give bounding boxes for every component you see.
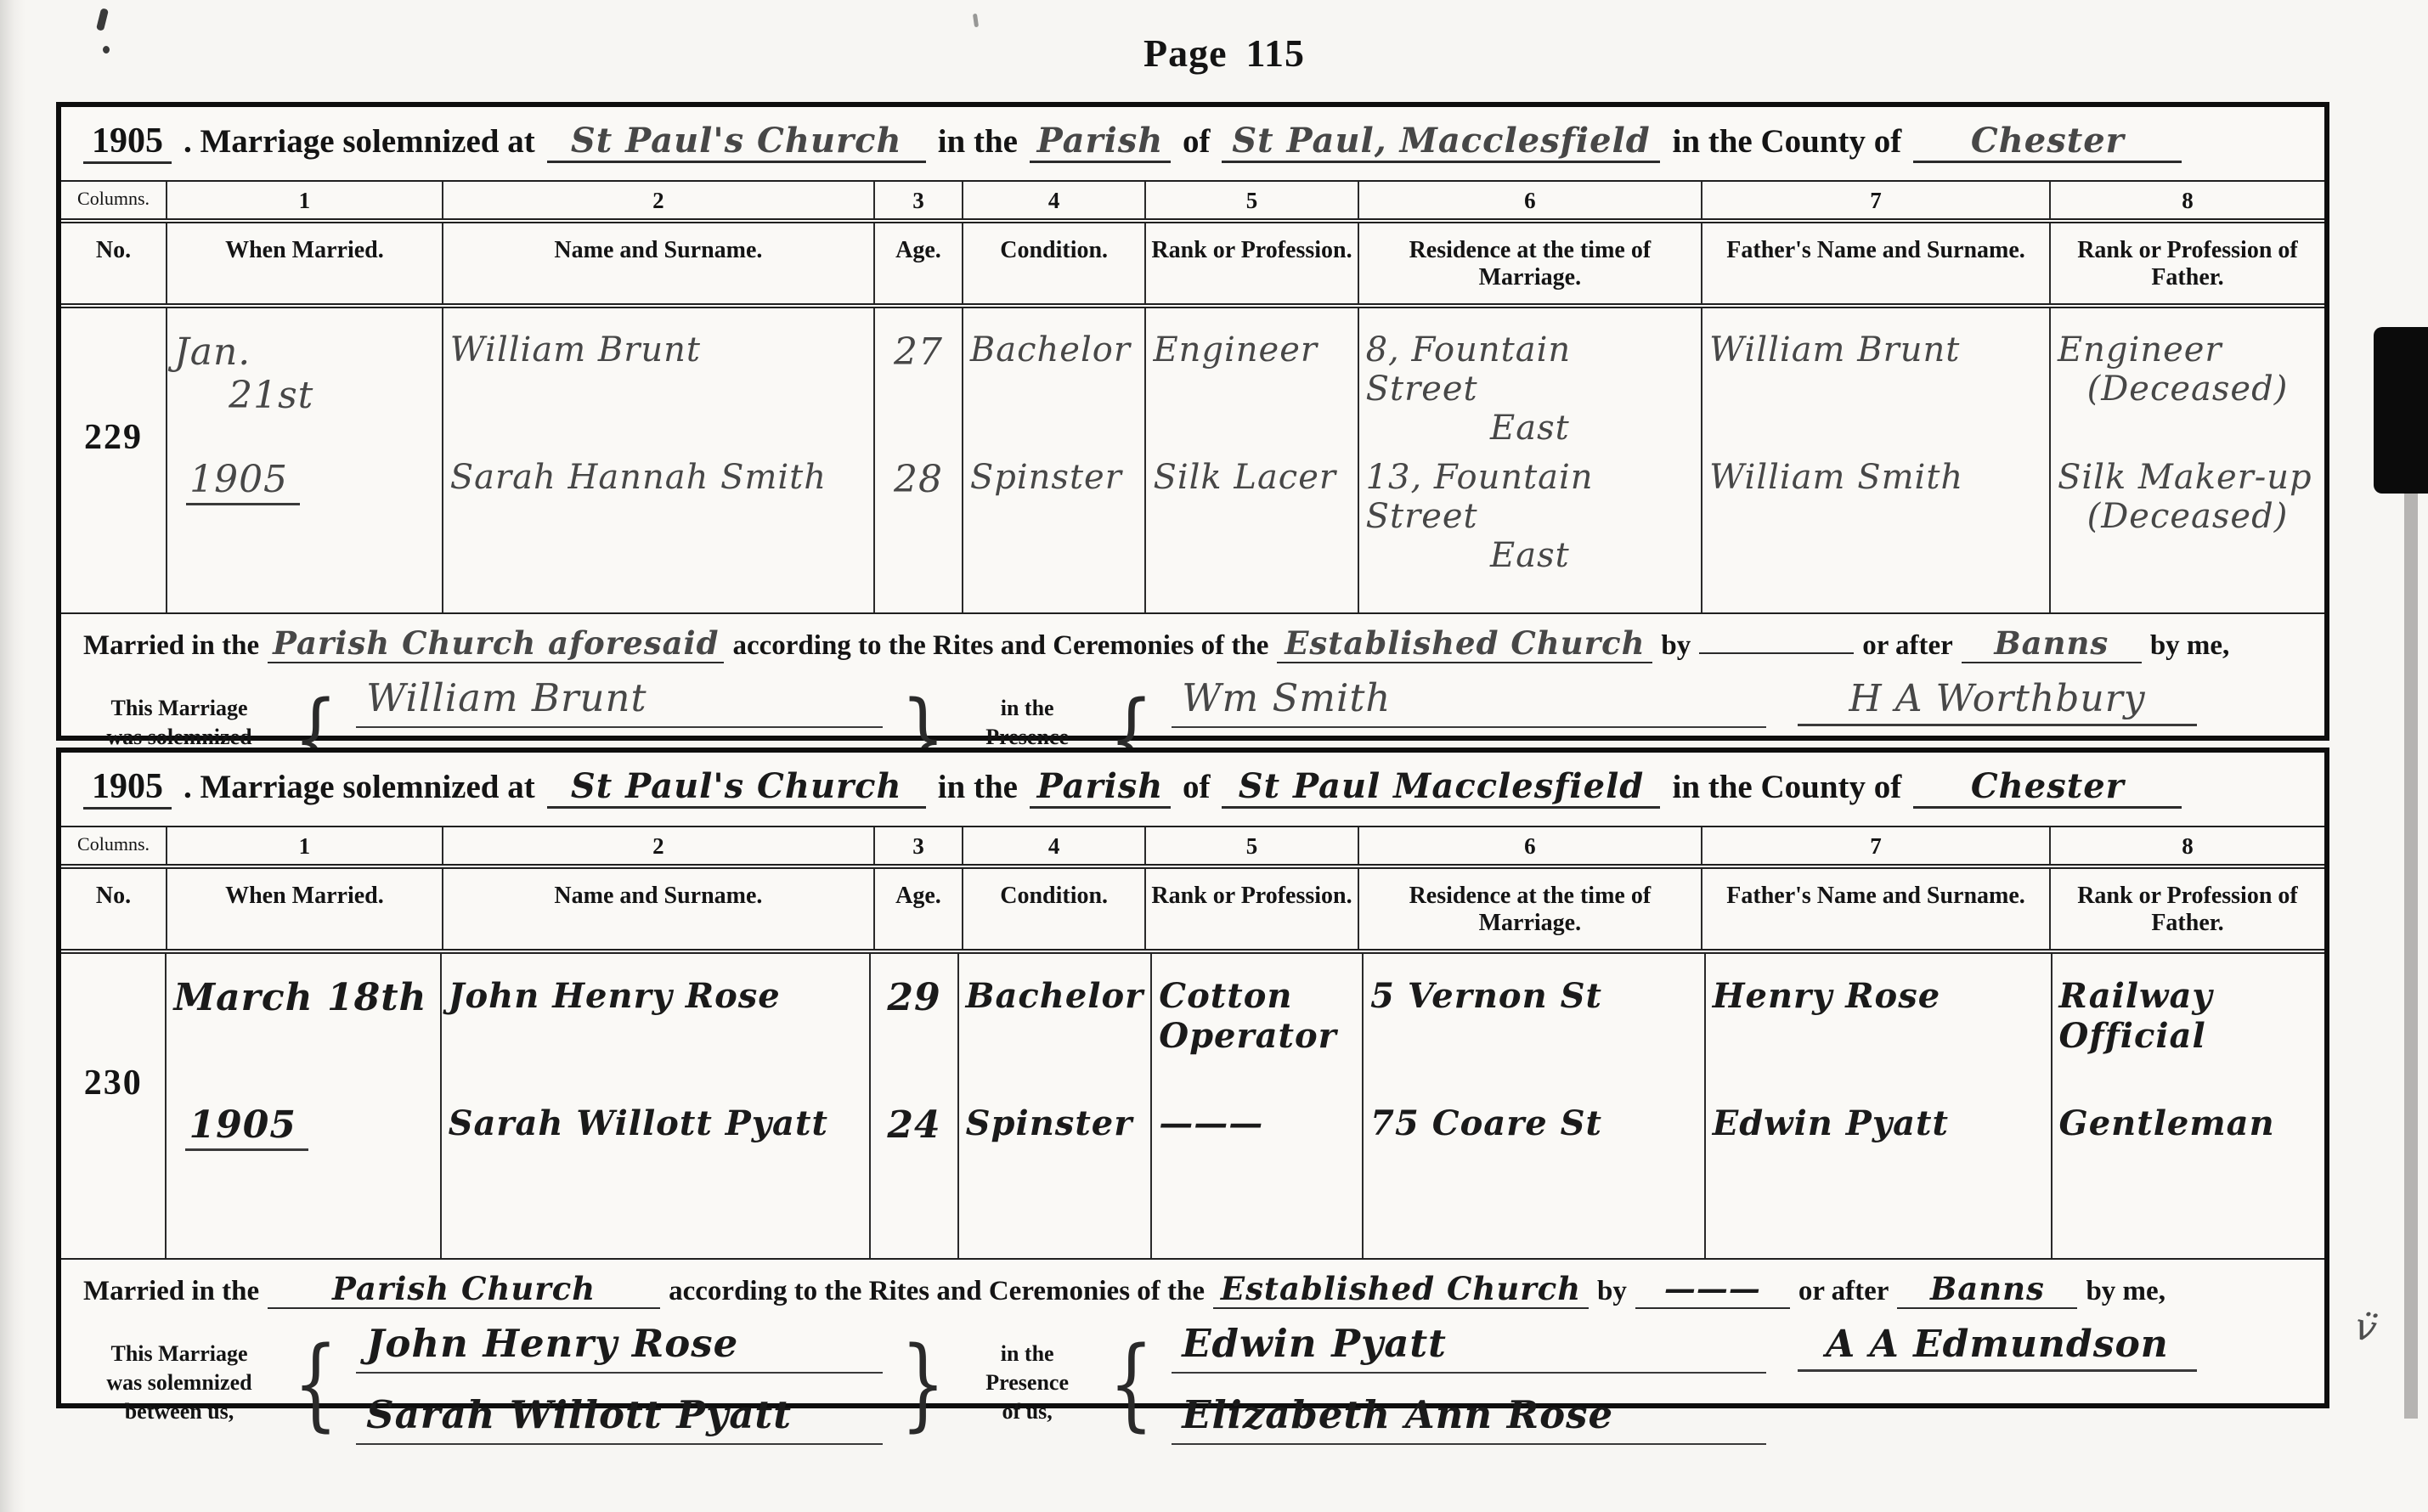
column-number: 6 xyxy=(1359,182,1703,218)
married-in-label: Married in the xyxy=(83,1276,259,1307)
column-header-row: No. When Married. Name and Surname. Age.… xyxy=(61,869,2324,954)
title-in-the: in the xyxy=(938,122,1018,161)
name-cell: William Brunt Sarah Hannah Smith xyxy=(443,308,875,612)
label-line: Presence xyxy=(963,1368,1091,1397)
bride-condition: Spinster xyxy=(970,437,1138,505)
bride-age: 24 xyxy=(878,1083,950,1155)
father-rank-cell: Railway Official Gentleman xyxy=(2053,954,2324,1258)
title-year: 1905 xyxy=(83,766,172,810)
bride-father: William Smith xyxy=(1709,437,2042,505)
column-header: Age. xyxy=(875,223,963,303)
register-table: Columns. 1 2 3 4 5 6 7 8 No. When Marrie… xyxy=(61,180,2324,614)
when-married-cell: March 18th 1905 xyxy=(167,954,441,1258)
groom-signature: John Henry Rose xyxy=(356,1321,883,1374)
column-header: Rank or Profession. xyxy=(1146,223,1358,303)
certificate-title-line: 1905 . Marriage solemnized at St Paul's … xyxy=(61,753,2324,826)
column-header: Name and Surname. xyxy=(443,869,875,949)
column-number-row: Columns. 1 2 3 4 5 6 7 8 xyxy=(61,182,2324,223)
groom-father: Henry Rose xyxy=(1713,954,2044,1083)
parish-value: St Paul, Macclesfield xyxy=(1232,121,1650,161)
column-number: 2 xyxy=(443,182,875,218)
column-header: Rank or Profession of Father. xyxy=(2051,869,2324,949)
marriage-year: 1905 xyxy=(173,1083,432,1159)
married-in-line: Married in the Parish Church aforesaid a… xyxy=(83,624,2302,663)
open-brace: { xyxy=(1109,1340,1154,1425)
father-rank-line1: Gentleman xyxy=(2059,1103,2275,1143)
column-header: Rank or Profession of Father. xyxy=(2051,223,2324,303)
title-parish-word-blank: Parish xyxy=(1030,121,1171,163)
banns-value: Banns xyxy=(1930,1270,2045,1307)
title-of: of xyxy=(1183,768,1211,806)
bride-residence: 13, Fountain Street East xyxy=(1366,437,1695,584)
groom-name: John Henry Rose xyxy=(449,954,863,1083)
column-number: 8 xyxy=(2051,827,2324,864)
groom-age: 27 xyxy=(882,308,955,437)
officiant-signature: H A Worthbury xyxy=(1798,677,2197,726)
title-county-blank: Chester xyxy=(1913,766,2182,809)
bride-age: 28 xyxy=(882,437,955,510)
scan-speck xyxy=(973,14,979,28)
page-number: 115 xyxy=(1246,31,1305,76)
residence-line1: 75 Coare St xyxy=(1370,1103,1602,1143)
column-header: When Married. xyxy=(167,223,443,303)
father-rank-line2: (Deceased) xyxy=(2058,497,2318,536)
by-blank: ——— xyxy=(1635,1270,1790,1309)
title-parish-blank: St Paul, Macclesfield xyxy=(1222,121,1660,163)
register-table: Columns. 1 2 3 4 5 6 7 8 No. When Marrie… xyxy=(61,826,2324,1260)
father-rank-line1: Silk Maker-up xyxy=(2058,458,2312,497)
date-line2: 21st xyxy=(229,374,435,417)
parish-word: Parish xyxy=(1037,766,1164,806)
scanner-edge-strip xyxy=(2404,476,2418,1419)
age-cell: 27 28 xyxy=(875,308,963,612)
by-me-label: by me, xyxy=(2086,1276,2165,1307)
according-label: according to the Rites and Ceremonies of… xyxy=(732,630,1268,662)
profession-cell: Engineer Silk Lacer xyxy=(1146,308,1358,612)
witness-signature: Edwin Pyatt xyxy=(1172,1321,1766,1374)
column-number: 5 xyxy=(1146,182,1358,218)
column-header: Rank or Profession. xyxy=(1146,869,1358,949)
groom-signature: William Brunt xyxy=(356,675,883,728)
column-number: 6 xyxy=(1359,827,1703,864)
groom-age: 29 xyxy=(878,954,950,1083)
by-label: by xyxy=(1661,630,1691,662)
groom-residence: 8, Fountain Street East xyxy=(1366,308,1695,437)
column-header: Condition. xyxy=(963,869,1147,949)
title-county-label: in the County of xyxy=(1672,122,1901,161)
title-parish-blank: St Paul Macclesfield xyxy=(1222,766,1660,809)
label-line: This Marriage xyxy=(83,1340,275,1368)
close-brace: } xyxy=(901,1340,946,1425)
scan-speck xyxy=(96,8,109,31)
witness-signatures: Edwin Pyatt Elizabeth Ann Rose xyxy=(1172,1321,1766,1445)
title-county-label: in the County of xyxy=(1672,768,1901,806)
columns-label-cell: Columns. xyxy=(61,827,167,864)
title-county-blank: Chester xyxy=(1913,121,2182,163)
column-header: Father's Name and Surname. xyxy=(1702,223,2051,303)
year-value: 1905 xyxy=(186,458,300,505)
groom-profession: Cotton Operator xyxy=(1159,954,1355,1083)
residence-line2: East xyxy=(1366,536,1695,575)
label-line: was solemnized xyxy=(83,1368,275,1397)
married-in-value: Parish Church xyxy=(332,1270,596,1307)
groom-profession: Engineer xyxy=(1153,308,1350,437)
entry-data-row: 230 March 18th 1905 John Henry Rose Sara… xyxy=(61,954,2324,1260)
banns-value: Banns xyxy=(1994,624,2109,662)
married-in-line: Married in the Parish Church according t… xyxy=(83,1270,2302,1309)
column-number: 8 xyxy=(2051,182,2324,218)
condition-cell: Bachelor Spinster xyxy=(963,308,1147,612)
column-number: 1 xyxy=(167,182,443,218)
or-after-label: or after xyxy=(1862,630,1953,662)
marriage-certificate-entry-230: 1905 . Marriage solemnized at St Paul's … xyxy=(56,748,2329,1408)
bride-name: Sarah Willott Pyatt xyxy=(449,1083,863,1152)
label-line: of us, xyxy=(963,1397,1091,1426)
spouse-signatures: John Henry Rose Sarah Willott Pyatt xyxy=(356,1321,883,1445)
column-header-row: No. When Married. Name and Surname. Age.… xyxy=(61,223,2324,308)
column-header: Name and Surname. xyxy=(443,223,875,303)
parish-value: St Paul Macclesfield xyxy=(1239,766,1645,806)
column-header: When Married. xyxy=(167,869,443,949)
parish-word: Parish xyxy=(1037,121,1164,161)
page-left-edge-shading xyxy=(0,0,25,1512)
column-header: Age. xyxy=(875,869,963,949)
church-value: St Paul's Church xyxy=(571,121,902,161)
bride-father-rank: Gentleman xyxy=(2059,1083,2318,1152)
bride-profession: ——— xyxy=(1159,1083,1355,1152)
groom-condition: Bachelor xyxy=(966,954,1144,1083)
witness-signature: Elizabeth Ann Rose xyxy=(1172,1392,1766,1445)
father-rank-cell: Engineer (Deceased) Silk Maker-up (Decea… xyxy=(2051,308,2324,612)
column-number: 2 xyxy=(443,827,875,864)
residence-line1: 5 Vernon St xyxy=(1370,976,1602,1016)
page-label: Page xyxy=(1143,31,1228,76)
condition-cell: Bachelor Spinster xyxy=(959,954,1153,1258)
married-in-label: Married in the xyxy=(83,630,259,662)
columns-label-cell: Columns. xyxy=(61,182,167,218)
title-church-blank: St Paul's Church xyxy=(547,766,926,809)
groom-father: William Brunt xyxy=(1709,308,2042,437)
profession-cell: Cotton Operator ——— xyxy=(1152,954,1364,1258)
entry-data-row: 229 Jan. 21st 1905 William Brunt Sarah H… xyxy=(61,308,2324,614)
father-rank-line1: Engineer xyxy=(2058,330,2222,370)
title-parish-word-blank: Parish xyxy=(1030,766,1171,809)
marriage-date: March 18th xyxy=(173,954,432,1083)
residence-line1: 13, Fountain Street xyxy=(1366,458,1594,536)
column-number: 7 xyxy=(1702,182,2051,218)
entry-number: 230 xyxy=(68,1063,158,1103)
entry-number: 229 xyxy=(68,417,159,458)
father-name-cell: William Brunt William Smith xyxy=(1702,308,2051,612)
bride-residence: 75 Coare St xyxy=(1370,1083,1697,1152)
father-rank-line2: (Deceased) xyxy=(2058,370,2318,409)
page-number-header: Page 115 xyxy=(1143,31,1305,76)
residence-cell: 5 Vernon St 75 Coare St xyxy=(1364,954,1706,1258)
title-in-the: in the xyxy=(938,768,1018,806)
by-value: ——— xyxy=(1664,1270,1761,1307)
column-number: 4 xyxy=(963,827,1147,864)
when-married-cell: Jan. 21st 1905 xyxy=(167,308,443,612)
label-line: in the xyxy=(963,694,1091,723)
marriage-certificate-entry-229: 1905 . Marriage solemnized at St Paul's … xyxy=(56,102,2329,741)
groom-name: William Brunt xyxy=(450,308,867,437)
name-cell: John Henry Rose Sarah Willott Pyatt xyxy=(442,954,872,1258)
residence-line1: 8, Fountain Street xyxy=(1366,330,1572,409)
column-header: Father's Name and Surname. xyxy=(1702,869,2051,949)
bride-profession: Silk Lacer xyxy=(1153,437,1350,505)
column-number-row: Columns. 1 2 3 4 5 6 7 8 xyxy=(61,827,2324,869)
scanner-edge-blob xyxy=(2374,327,2428,494)
pencil-check-mark: v̈ xyxy=(2351,1305,2381,1351)
marriage-year: 1905 xyxy=(174,437,435,514)
married-in-blank: Parish Church aforesaid xyxy=(268,624,724,663)
groom-residence: 5 Vernon St xyxy=(1370,954,1697,1083)
column-number: 3 xyxy=(875,182,963,218)
father-rank-line1: Railway Official xyxy=(2059,976,2213,1056)
by-label: by xyxy=(1597,1276,1627,1307)
certificate-bottom-section: Married in the Parish Church according t… xyxy=(61,1260,2324,1445)
column-number: 5 xyxy=(1146,827,1358,864)
open-brace: { xyxy=(293,1340,338,1425)
date-line1: March 18th xyxy=(173,976,432,1019)
presence-label: in the Presence of us, xyxy=(963,1340,1091,1425)
banns-blank: Banns xyxy=(1897,1270,2077,1309)
according-label: according to the Rites and Ceremonies of… xyxy=(669,1276,1205,1307)
entry-number-cell: 230 xyxy=(61,954,167,1258)
groom-father-rank: Engineer (Deceased) xyxy=(2058,308,2318,437)
bride-signature: Sarah Willott Pyatt xyxy=(356,1392,883,1445)
column-header: Residence at the time of Marriage. xyxy=(1359,223,1703,303)
certificate-title-line: 1905 . Marriage solemnized at St Paul's … xyxy=(61,107,2324,180)
title-year: 1905 xyxy=(83,121,172,164)
label-line: in the xyxy=(963,1340,1091,1368)
rites-value: Established Church xyxy=(1221,1270,1581,1307)
bride-father-rank: Silk Maker-up (Deceased) xyxy=(2058,437,2318,544)
officiant-signature: A A Edmundson xyxy=(1798,1323,2197,1372)
father-name-cell: Henry Rose Edwin Pyatt xyxy=(1706,954,2053,1258)
column-header: No. xyxy=(61,223,167,303)
column-number: 4 xyxy=(963,182,1147,218)
rites-value: Established Church xyxy=(1285,624,1645,662)
label-line: between us, xyxy=(83,1397,275,1426)
column-number: 3 xyxy=(875,827,963,864)
scan-speck xyxy=(103,46,110,54)
groom-condition: Bachelor xyxy=(970,308,1138,437)
bride-name: Sarah Hannah Smith xyxy=(450,437,867,505)
residence-cell: 8, Fountain Street East 13, Fountain Str… xyxy=(1359,308,1703,612)
county-value: Chester xyxy=(1971,766,2125,806)
year-value: 1905 xyxy=(185,1103,308,1151)
church-value: St Paul's Church xyxy=(571,766,902,806)
by-blank xyxy=(1699,652,1854,654)
married-in-blank: Parish Church xyxy=(268,1270,660,1309)
column-number: 1 xyxy=(167,827,443,864)
bride-father: Edwin Pyatt xyxy=(1713,1083,2044,1152)
column-header: No. xyxy=(61,869,167,949)
or-after-label: or after xyxy=(1798,1276,1889,1307)
age-cell: 29 24 xyxy=(871,954,958,1258)
title-printed-text: . Marriage solemnized at xyxy=(184,768,535,806)
witness-signature: Wm Smith xyxy=(1172,675,1766,728)
title-church-blank: St Paul's Church xyxy=(547,121,926,163)
bride-condition: Spinster xyxy=(966,1083,1144,1152)
county-value: Chester xyxy=(1971,121,2125,161)
date-line1: Jan. xyxy=(174,330,435,374)
label-line: This Marriage xyxy=(83,694,275,723)
scanned-marriage-register-page: Page 115 1905 . Marriage solemnized at S… xyxy=(0,0,2428,1512)
column-number: 7 xyxy=(1702,827,2051,864)
banns-blank: Banns xyxy=(1962,624,2142,663)
rites-blank: Established Church xyxy=(1277,624,1652,663)
entry-number-cell: 229 xyxy=(61,308,167,612)
title-printed-text: . Marriage solemnized at xyxy=(184,122,535,161)
groom-father-rank: Railway Official xyxy=(2059,954,2318,1083)
column-header: Condition. xyxy=(963,223,1147,303)
title-of: of xyxy=(1183,122,1211,161)
this-marriage-label: This Marriage was solemnized between us, xyxy=(83,1340,275,1425)
married-in-value: Parish Church aforesaid xyxy=(273,624,719,662)
by-me-label: by me, xyxy=(2150,630,2230,662)
marriage-date: Jan. 21st xyxy=(174,308,435,437)
rites-blank: Established Church xyxy=(1213,1270,1589,1309)
column-header: Residence at the time of Marriage. xyxy=(1359,869,1703,949)
